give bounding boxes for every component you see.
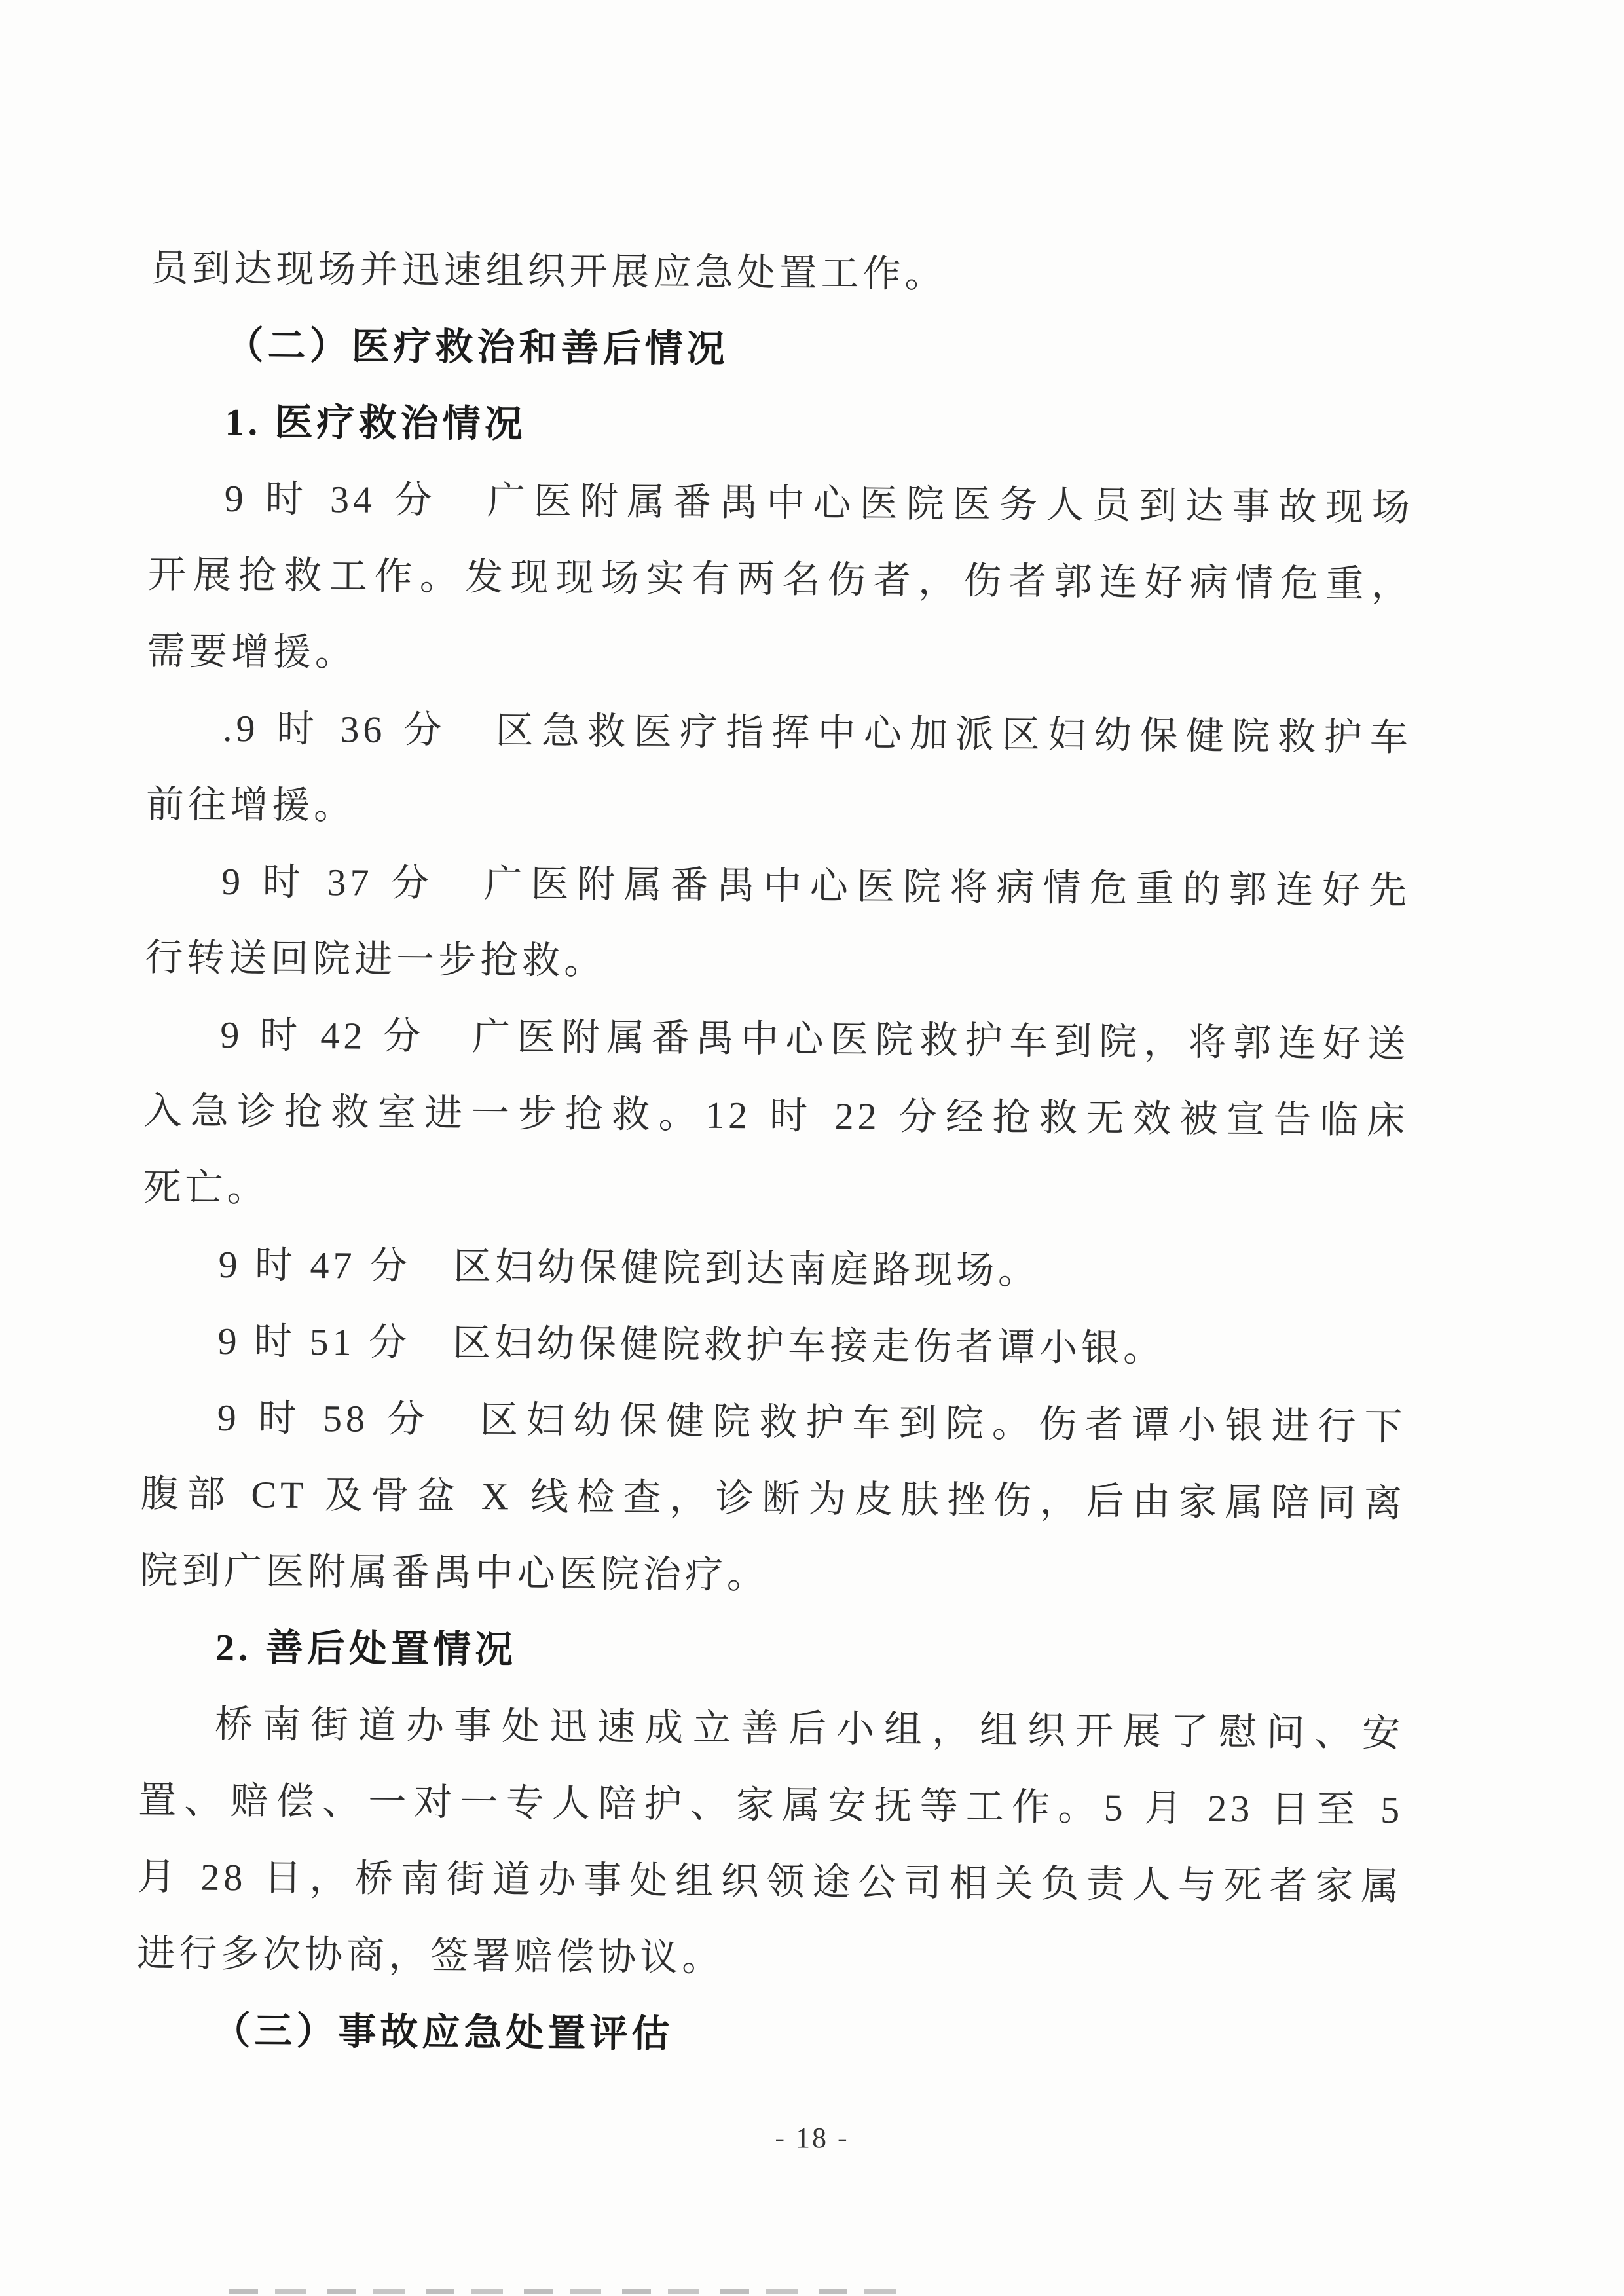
- text-line: 死亡。: [143, 1149, 1409, 1235]
- text-line: 院到广医附属番禺中心医院治疗。: [139, 1532, 1405, 1618]
- text-line: 开展抢救工作。发现现场实有两名伤者，伤者郭连好病情危重，: [147, 536, 1413, 623]
- document-page: 员到达现场并迅速组织开展应急处置工作。 （二）医疗救治和善后情况 1. 医疗救治…: [0, 0, 1624, 2296]
- text-line: 9 时 42 分 广医附属番禺中心医院救护车到院，将郭连好送: [144, 996, 1410, 1082]
- text-line: 9 时 34 分 广医附属番禺中心医院医务人员到达事故现场: [148, 460, 1414, 546]
- section-heading: （二）医疗救治和善后情况: [149, 306, 1415, 393]
- text-line: .9 时 36 分 区急救医疗指挥中心加派区妇幼保健院救护车: [147, 689, 1412, 776]
- text-line: 需要增援。: [147, 613, 1412, 699]
- text-line: 进行多次协商，签署赔偿协议。: [137, 1915, 1403, 2001]
- text-line: 桥南街道办事处迅速成立善后小组，组织开展了慰问、安: [139, 1685, 1405, 1772]
- text-line: 前往增援。: [146, 766, 1412, 852]
- document-text-block: 员到达现场并迅速组织开展应急处置工作。 （二）医疗救治和善后情况 1. 医疗救治…: [136, 230, 1416, 2078]
- text-line: 9 时 58 分 区妇幼保健院救护车到院。伤者谭小银进行下: [141, 1379, 1407, 1465]
- text-line: 员到达现场并迅速组织开展应急处置工作。: [150, 230, 1416, 316]
- text-line: 9 时 51 分 区妇幼保健院救护车接走伤者谭小银。: [141, 1302, 1407, 1389]
- text-line: 腹部 CT 及骨盆 X 线检查，诊断为皮肤挫伤，后由家属陪同离: [140, 1455, 1406, 1542]
- text-line: 置、赔偿、一对一专人陪护、家属安抚等工作。5 月 23 日至 5: [138, 1762, 1404, 1848]
- text-line: 9 时 47 分 区妇幼保健院到达南庭路现场。: [142, 1226, 1408, 1312]
- sub-heading: 1. 医疗救治情况: [149, 383, 1414, 469]
- page-number: - 18 -: [0, 2121, 1624, 2155]
- text-line: 入急诊抢救室进一步抢救。12 时 22 分经抢救无效被宣告临床: [143, 1072, 1409, 1159]
- text-line: 9 时 37 分 广医附属番禺中心医院将病情危重的郭连好先: [145, 843, 1411, 929]
- text-line: 行转送回院进一步抢救。: [145, 919, 1411, 1006]
- scan-artifact-strip: [229, 2289, 904, 2294]
- sub-heading: 2. 善后处置情况: [139, 1609, 1405, 1695]
- section-heading: （三）事故应急处置评估: [136, 1992, 1402, 2078]
- text-line: 月 28 日，桥南街道办事处组织领途公司相关负责人与死者家属: [138, 1838, 1403, 1925]
